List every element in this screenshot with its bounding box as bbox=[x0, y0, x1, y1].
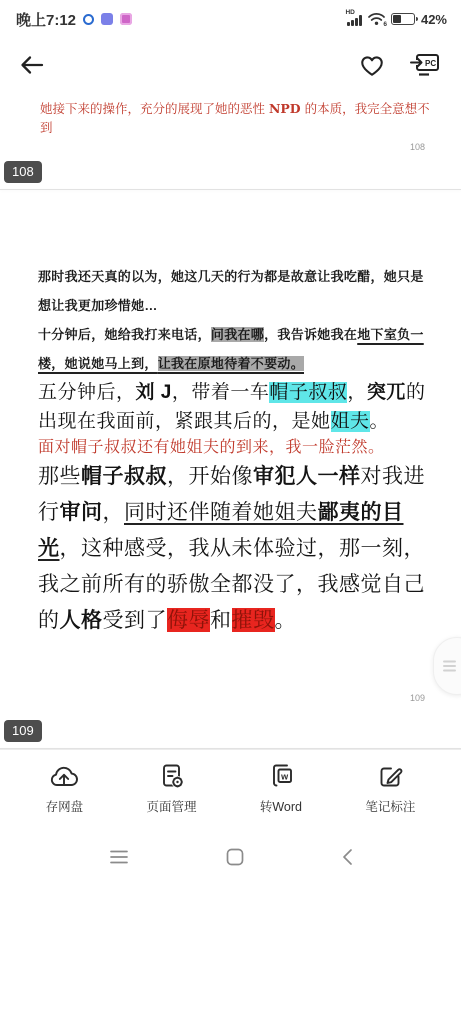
wifi6-label: 6 bbox=[383, 21, 387, 28]
hd-label: HD bbox=[345, 9, 354, 16]
side-drawer-handle[interactable] bbox=[433, 637, 461, 695]
status-bar: 晚上7:12 HD 6 42% bbox=[0, 0, 461, 38]
back-button[interactable] bbox=[18, 53, 46, 77]
text-segment: NPD bbox=[269, 101, 301, 116]
favorite-button[interactable] bbox=[359, 53, 385, 77]
page-badge-108[interactable]: 108 bbox=[4, 161, 42, 183]
recording-dot-icon bbox=[83, 14, 94, 25]
text-segment: 她接下来的操作，充分的展现了她的恶性 bbox=[40, 101, 269, 116]
tool-label: 笔记标注 bbox=[365, 797, 415, 815]
text-segment: 和 bbox=[210, 608, 232, 632]
paragraph: 她接下来的操作，充分的展现了她的恶性 NPD 的本质，我完全意想不到 bbox=[40, 99, 431, 137]
text-segment: ，开始像 bbox=[167, 464, 253, 488]
text-segment: 摧毁 bbox=[232, 608, 275, 632]
clock: 晚上7:12 bbox=[16, 9, 76, 30]
note-annotate-icon bbox=[375, 764, 405, 790]
text-segment: 十分钟后，她给我打来电话， bbox=[38, 327, 211, 342]
phone-screen: 晚上7:12 HD 6 42% bbox=[0, 0, 461, 1024]
page-108-content: 那时我还天真的以为，她这几天的行为都是故意让我吃醋，她只是想让我更加珍惜她… 十… bbox=[0, 190, 461, 638]
send-to-pc-button[interactable]: PC bbox=[409, 52, 441, 78]
page-badge-109[interactable]: 109 bbox=[4, 720, 42, 742]
document-reader: 她接下来的操作，充分的展现了她的恶性 NPD 的本质，我完全意想不到 108 1… bbox=[0, 92, 461, 749]
text-segment: 面对帽子叔叔还有她姐夫的到来，我一脸茫然。 bbox=[38, 437, 385, 456]
text-segment: 问我在哪 bbox=[211, 327, 264, 342]
convert-to-word-button[interactable]: w 转Word bbox=[260, 764, 302, 815]
back-nav-button[interactable] bbox=[341, 848, 353, 866]
page-number-109: 109 bbox=[0, 693, 461, 704]
save-to-cloud-button[interactable]: 存网盘 bbox=[46, 764, 84, 815]
battery-percent: 42% bbox=[421, 12, 447, 27]
battery-icon bbox=[391, 13, 415, 25]
paragraph: 十分钟后，她给我打来电话，问我在哪，我告诉她我在地下室负一楼，她说她马上到，让我… bbox=[38, 320, 431, 378]
paragraph: 五分钟后，刘 J，带着一车帽子叔叔，突兀的出现在我面前，紧跟其后的，是她姐夫。 bbox=[38, 378, 431, 436]
text-segment: 审犯人一样 bbox=[253, 463, 361, 488]
tool-label: 页面管理 bbox=[147, 797, 197, 815]
tool-label: 存网盘 bbox=[46, 797, 84, 815]
heart-icon bbox=[359, 53, 385, 77]
page-manage-button[interactable]: 页面管理 bbox=[147, 764, 197, 815]
recents-button[interactable] bbox=[109, 849, 129, 865]
text-segment: 同时还伴随着她姐夫 bbox=[124, 500, 318, 524]
cloud-upload-icon bbox=[49, 764, 79, 790]
text-segment: ， bbox=[103, 500, 125, 524]
text-segment: 姐夫 bbox=[331, 411, 370, 432]
back-arrow-icon bbox=[18, 53, 46, 77]
text-segment: 帽子叔叔 bbox=[81, 463, 167, 488]
word-convert-icon: w bbox=[266, 764, 296, 790]
paragraph: 面对帽子叔叔还有她姐夫的到来，我一脸茫然。 bbox=[38, 436, 431, 458]
text-segment: 让我在原地待着不要动。 bbox=[158, 356, 304, 371]
chevron-left-icon bbox=[341, 848, 353, 866]
text-segment: 那时我还天真的以为，她这几天的行为都是故意让我吃醋，她只是想让我更加珍惜她… bbox=[38, 269, 424, 313]
paragraph: 那时我还天真的以为，她这几天的行为都是故意让我吃醋，她只是想让我更加珍惜她… bbox=[38, 262, 431, 320]
app-nav-bar: PC bbox=[0, 38, 461, 92]
text-segment: ，带着一车 bbox=[172, 382, 270, 403]
text-segment: ， bbox=[347, 382, 367, 403]
send-to-pc-icon: PC bbox=[409, 52, 441, 78]
text-segment: 侮辱 bbox=[167, 608, 210, 632]
notification-app-icon bbox=[101, 13, 113, 25]
cell-signal-icon: HD bbox=[347, 12, 362, 26]
paragraph: 那些帽子叔叔，开始像审犯人一样对我进行审问，同时还伴随着她姐夫鄙夷的目光，这种感… bbox=[38, 458, 431, 638]
text-segment: 帽子叔叔 bbox=[269, 382, 347, 403]
tool-label: 转Word bbox=[260, 797, 302, 815]
text-segment: 受到了 bbox=[103, 608, 168, 632]
text-segment: 突兀 bbox=[367, 382, 406, 403]
wifi-icon: 6 bbox=[368, 12, 385, 26]
text-segment: 刘 J bbox=[136, 382, 172, 403]
page-manage-icon bbox=[157, 764, 187, 790]
text-segment: ，我告诉她我在 bbox=[264, 327, 357, 342]
svg-text:PC: PC bbox=[425, 59, 436, 68]
text-segment: 。 bbox=[370, 411, 390, 432]
text-segment: 五分钟后， bbox=[38, 382, 136, 403]
nav-actions: PC bbox=[359, 52, 441, 78]
status-bar-left: 晚上7:12 bbox=[16, 9, 132, 30]
android-nav-bar bbox=[0, 829, 461, 885]
menu-icon bbox=[109, 849, 129, 865]
home-button[interactable] bbox=[226, 848, 244, 866]
drag-handle-icon bbox=[443, 665, 456, 667]
notification-app2-icon bbox=[120, 13, 132, 25]
note-annotate-button[interactable]: 笔记标注 bbox=[365, 764, 415, 815]
text-segment: 审问 bbox=[60, 499, 103, 524]
page-number-108: 108 bbox=[0, 142, 461, 153]
text-segment: 人格 bbox=[60, 607, 103, 632]
text-segment: 。 bbox=[275, 608, 297, 632]
page-divider bbox=[0, 748, 461, 749]
svg-text:w: w bbox=[280, 771, 289, 781]
home-square-icon bbox=[226, 848, 244, 866]
status-bar-right: HD 6 42% bbox=[347, 12, 447, 27]
text-segment: 那些 bbox=[38, 464, 81, 488]
bottom-toolbar: 存网盘 页面管理 bbox=[0, 749, 461, 829]
